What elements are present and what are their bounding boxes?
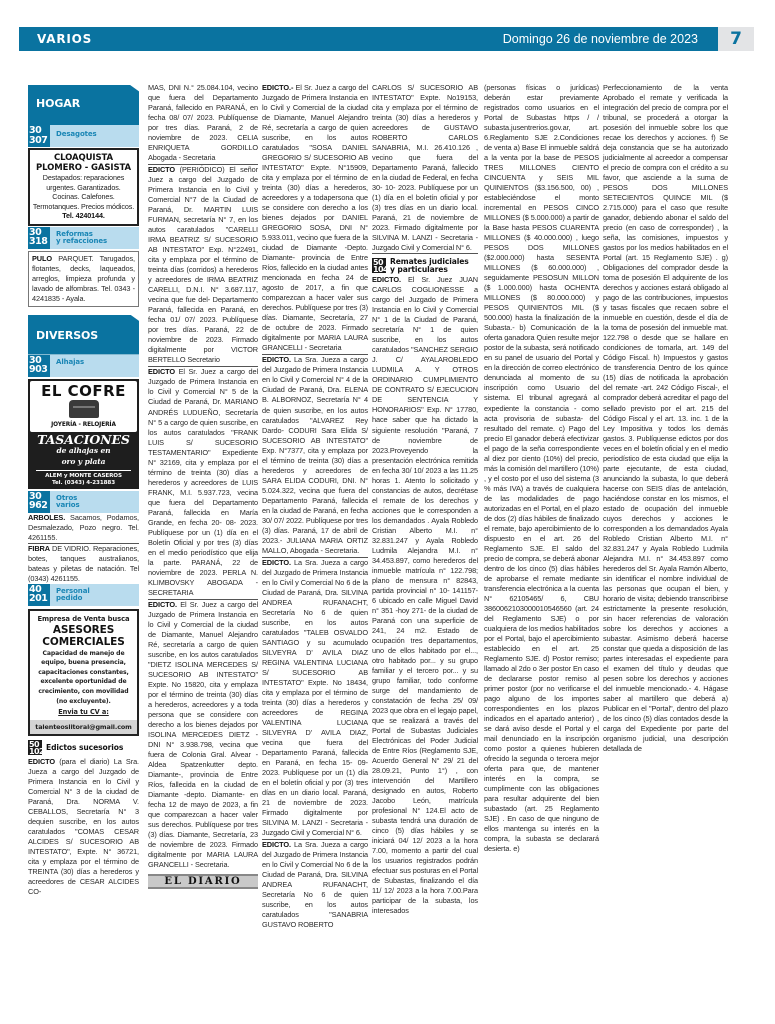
ad-asesores-comerciales: Empresa de Venta busca ASESORES COMERCIA…	[28, 609, 139, 737]
edict-sanabria-cont: CARLOS S/ SUCESORIO AB INTESTATO" Expte.…	[372, 83, 478, 254]
category-code: 30307	[28, 125, 50, 147]
edict-comas: EDICTO (para el diario) La Sra. Jueza a …	[28, 757, 139, 897]
edict-carelli: EDICTO (PERIÓDICO) El señor Juez a cargo…	[148, 164, 258, 365]
ad-logo-panel: EL COFRE JOYERÍA - RELOJERÍA	[30, 381, 137, 432]
ad-email[interactable]: talenteoslitoral@gmail.com	[30, 720, 137, 734]
edict-coduri: EDICTO. La Sra. Jueza a cargo del Juzgad…	[262, 354, 368, 555]
ad-el-cofre: EL COFRE JOYERÍA - RELOJERÍA TASACIONES …	[28, 379, 139, 489]
edict-sanabria: EDICTO. La Sra. Jueza a cargo del Juzgad…	[262, 839, 368, 930]
category-code: 50104	[372, 258, 386, 273]
ad-arboles: ARBOLES. Sacamos, Podamos, Desmalezado, …	[28, 513, 139, 544]
edict-sosa: EDICTO.- El Sr. Juez a cargo del Juzgado…	[262, 83, 368, 353]
edict-comas-cont: MAS, DNI N.° 25.084.104, vecino que fuer…	[148, 83, 258, 163]
section-title: VARIOS	[37, 32, 92, 46]
edict-frank: EDICTO El Sr. Juez a cargo del Juzgado d…	[148, 366, 258, 597]
ad-phone: Tel. (0343) 4-231883	[30, 480, 137, 487]
ad-title: ASESORES	[32, 624, 135, 637]
text-column-4: CARLOS S/ SUCESORIO AB INTESTATO" Expte.…	[372, 83, 478, 916]
text-column-5: (personas físicas o jurídicas) deberán e…	[484, 83, 599, 854]
subcategory-personal-pedido: 40201 Personalpedido	[28, 584, 139, 606]
ad-fibra-vidrio: FIBRA DE VIDRIO. Reparaciones, botes, ta…	[28, 544, 139, 584]
subcategory-edictos-sucesorios: 50102 Edictos sucesorios	[28, 740, 139, 755]
ad-cv-label: Envia tu CV a:	[32, 707, 135, 717]
edict-remate-cont-2: Perfeccionamiento de la venta Aprobado e…	[603, 83, 728, 754]
subcategory-label: Remates judicialesy particulares	[390, 258, 469, 273]
category-title: DIVERSOS	[36, 331, 139, 341]
ad-line: oro y plata	[30, 456, 137, 467]
edict-silveyra: EDICTO. La Sra. Jueza a cargo del Juzgad…	[262, 557, 368, 838]
ad-address: ALEM y MONTE CASEROS	[30, 473, 137, 480]
subcategory-label: Reformasy refacciones	[50, 227, 107, 249]
subcategory-label: Otrosvarios	[50, 491, 80, 513]
edict-dietz: EDICTO. El Sr. Juez a cargo del Juzgado …	[148, 599, 258, 870]
ad-body: Destapados: reparaciones urgentes. Garan…	[32, 173, 135, 221]
ad-logo: EL COFRE	[32, 383, 135, 399]
ad-title: PLOMERO - GASISTA	[32, 163, 135, 173]
subcategory-alhajas: 30903 Alhajas	[28, 355, 139, 377]
category-code: 50102	[28, 740, 42, 755]
edict-remate-cont: (personas físicas o jurídicas) deberán e…	[484, 83, 599, 854]
subcategory-remates: 50104 Remates judicialesy particulares	[372, 258, 478, 273]
subcategory-otros-varios: 30962 Otrosvarios	[28, 491, 139, 513]
category-code: 30962	[28, 491, 50, 513]
edict-remate-sanchez: EDICTO. El Sr. Juez JUAN CARLOS COGLIONE…	[372, 275, 478, 916]
category-header-hogar: HOGAR	[28, 85, 139, 125]
text-column-3: EDICTO.- El Sr. Juez a cargo del Juzgado…	[262, 83, 368, 930]
category-code: 40201	[28, 584, 50, 606]
subcategory-desagotes: 30307 Desagotes	[28, 125, 139, 147]
treasure-chest-icon	[69, 400, 99, 418]
el-diario-logo: EL DIARIO	[148, 874, 258, 889]
subcategory-label: Edictos sucesorios	[46, 744, 123, 752]
issue-date: Domingo 26 de noviembre de 2023	[503, 32, 698, 46]
subcategory-label: Desagotes	[50, 125, 97, 147]
ad-subtitle: JOYERÍA - RELOJERÍA	[32, 420, 135, 430]
page-number: 7	[730, 29, 742, 49]
page-number-box: 7	[718, 27, 754, 51]
section-band: VARIOS Domingo 26 de noviembre de 2023	[19, 27, 718, 51]
category-code: 30903	[28, 355, 50, 377]
subcategory-label: Alhajas	[50, 355, 84, 377]
ad-headline: TASACIONES	[30, 435, 137, 445]
ad-title: COMERCIALES	[32, 636, 135, 649]
ad-intro: Empresa de Venta busca	[32, 614, 135, 624]
ad-title: CLOAQUISTA	[32, 153, 135, 163]
page-header: VARIOS Domingo 26 de noviembre de 2023 7	[19, 27, 754, 51]
category-code: 30318	[28, 227, 50, 249]
subcategory-reformas: 30318 Reformasy refacciones	[28, 227, 139, 249]
text-column-6: Perfeccionamiento de la venta Aprobado e…	[603, 83, 728, 754]
ad-pulo-parquet: PULO PARQUET. Tarugados, flotantes, deck…	[28, 251, 139, 307]
subcategory-label: Personalpedido	[50, 584, 90, 606]
classifieds-column: HOGAR 30307 Desagotes CLOAQUISTA PLOMERO…	[28, 85, 139, 897]
category-header-diversos: DIVERSOS	[28, 315, 139, 355]
ad-cloaquista: CLOAQUISTA PLOMERO - GASISTA Destapados:…	[28, 148, 139, 226]
ad-body: Capacidad de manejo de equipo, buena pre…	[32, 649, 135, 707]
divider	[36, 470, 131, 471]
category-title: HOGAR	[36, 99, 139, 109]
text-column-2: MAS, DNI N.° 25.084.104, vecino que fuer…	[148, 83, 258, 889]
